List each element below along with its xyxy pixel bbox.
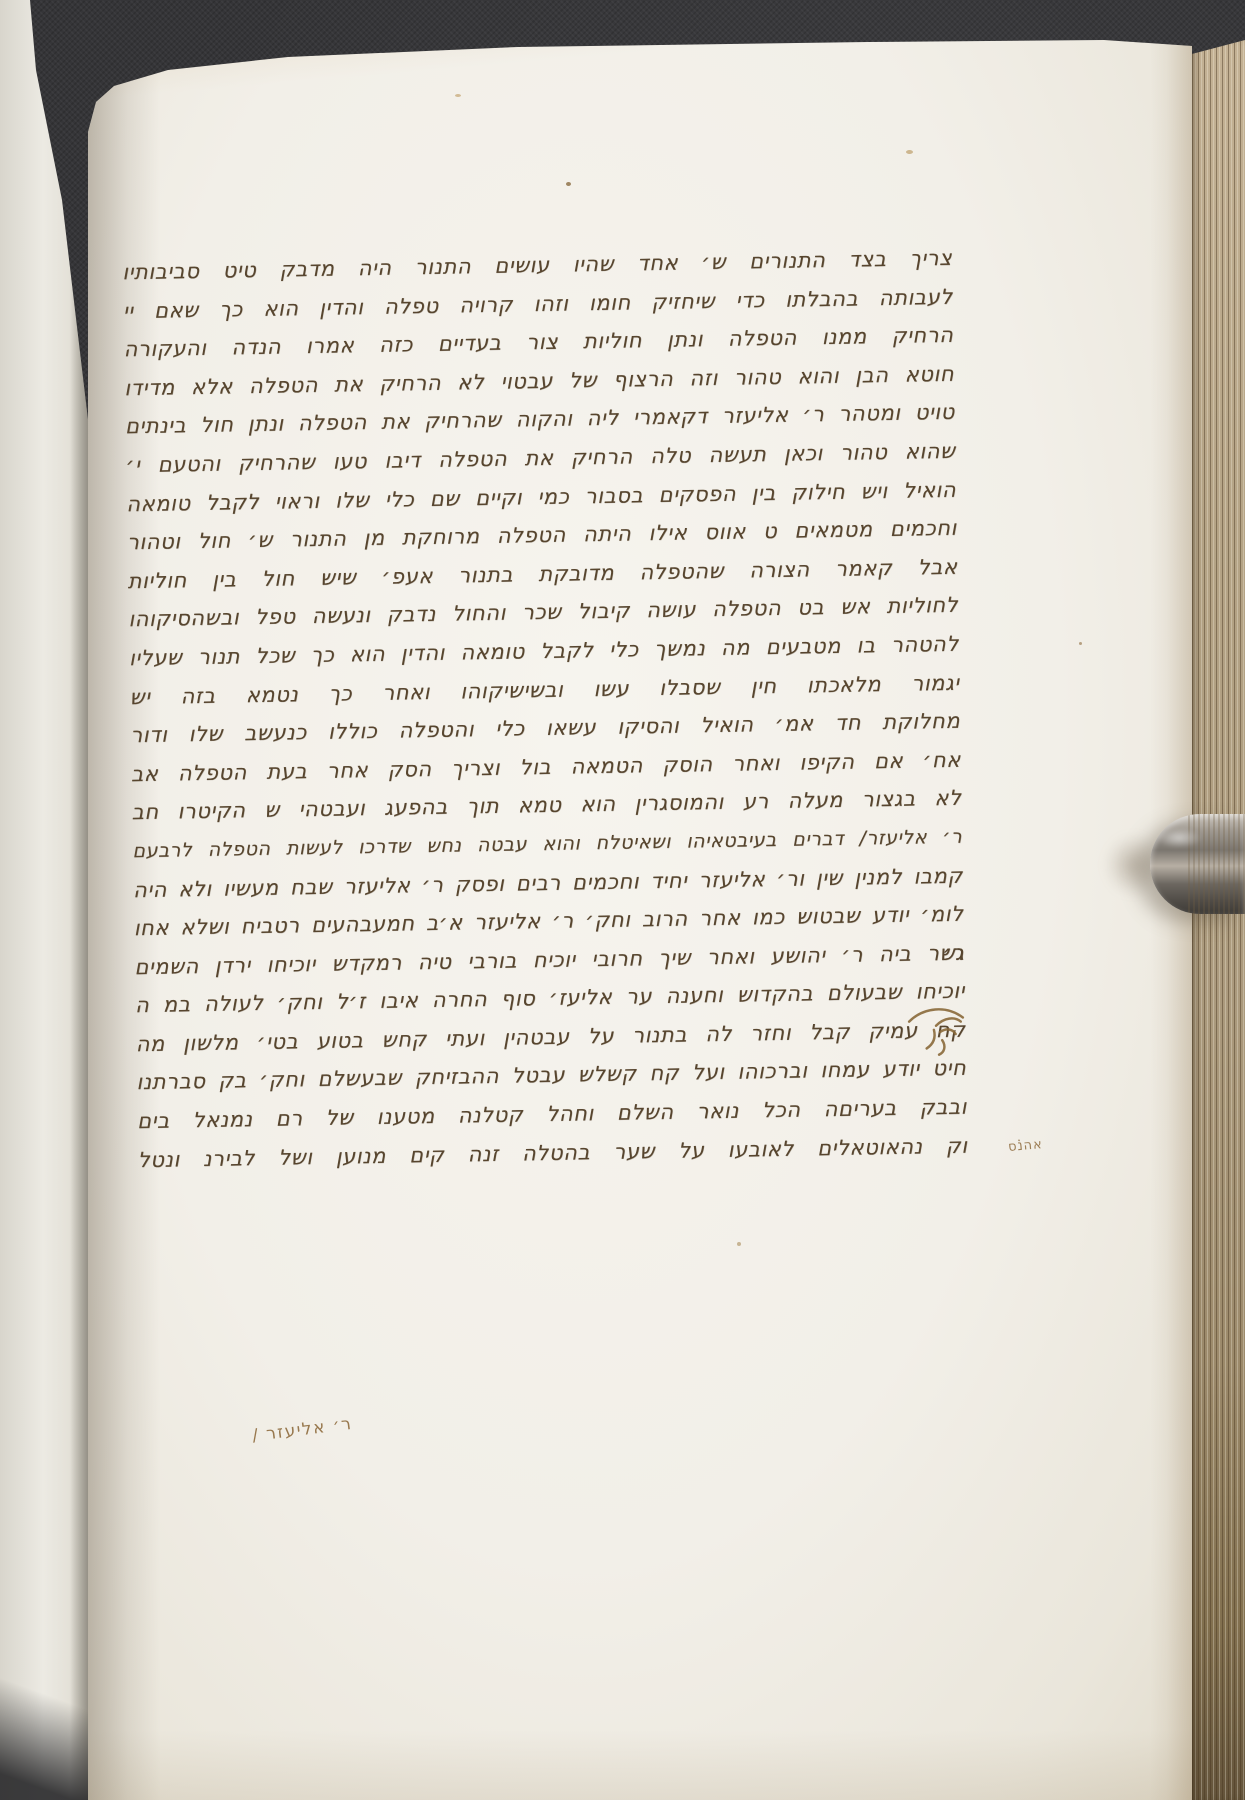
page-bottom-toning [88, 1730, 1192, 1800]
manuscript-page: צריך בצד התנורים ש׳ אחד שהיו עושים התנור… [88, 0, 1192, 1800]
page-weight-highlight [1156, 828, 1202, 848]
foxing-speck [1079, 642, 1082, 645]
main-text-block: צריך בצד התנורים ש׳ אחד שהיו עושים התנור… [122, 239, 968, 1185]
foxing-speck [906, 150, 913, 154]
page-top-toning [88, 0, 1192, 150]
foot-inscription: ר׳ אליעזר / [251, 1414, 353, 1446]
foxing-speck [455, 94, 461, 97]
foxing-speck [566, 182, 571, 186]
margin-gloss: אהנ֗ס [1007, 1133, 1078, 1155]
pen-flourish-icon [905, 1003, 967, 1065]
fore-edge-leaves [1192, 40, 1245, 1800]
foxing-speck [737, 1242, 741, 1246]
page-weight-refraction [1188, 814, 1245, 914]
bottom-left-cloth-shadow [0, 1660, 96, 1800]
glass-page-weight [1150, 814, 1245, 914]
manuscript-photo-scene: ומן אשר דבר בוועל הימים שבואל מול ערבימצ… [0, 0, 1245, 1800]
facing-page-edge: ומן אשר דבר בוועל הימים שבואל מול ערבימצ… [0, 0, 96, 1800]
